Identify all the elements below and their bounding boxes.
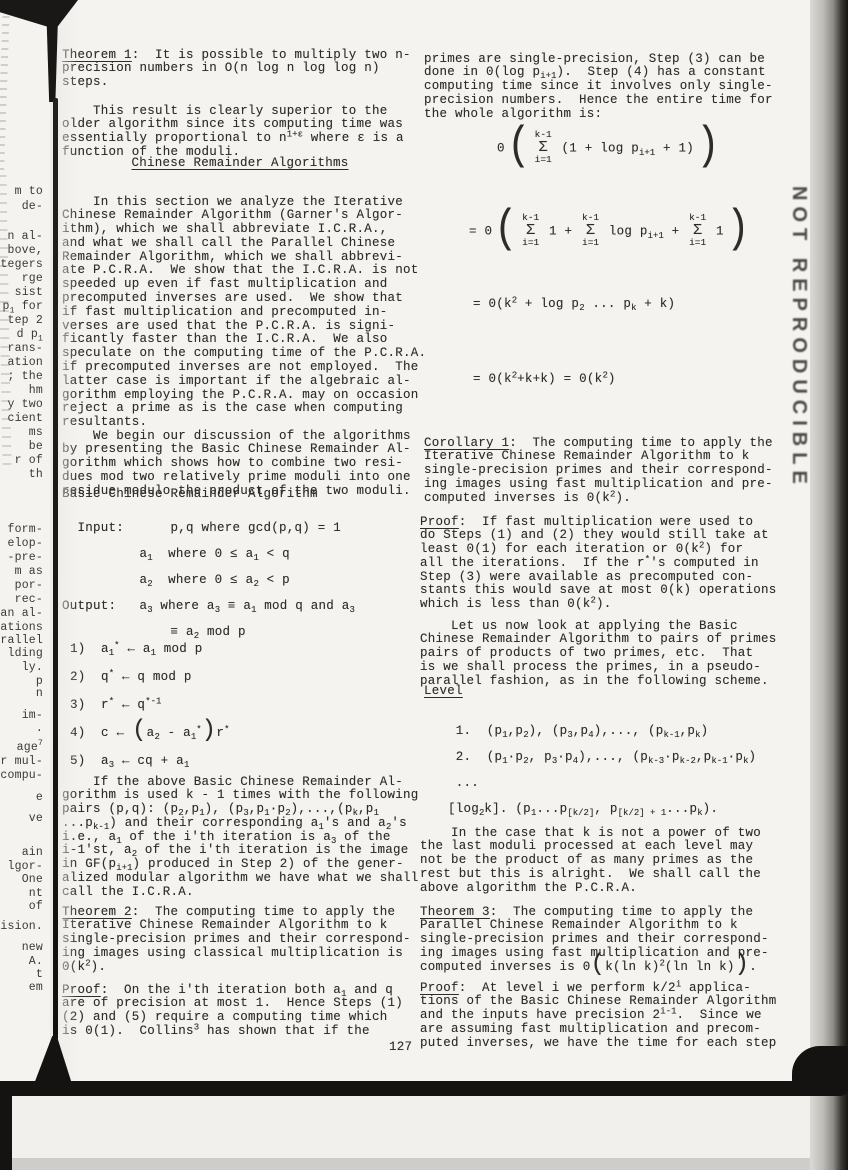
margin-fragment: r mul-	[0, 756, 43, 768]
step3-time-paragraph: primes are single-precision, Step (3) ca…	[424, 53, 773, 122]
margin-fragment: form-	[7, 524, 43, 536]
margin-fragment: rge	[22, 273, 43, 285]
margin-fragment: t	[36, 969, 43, 981]
level-heading: Level	[424, 685, 463, 699]
not-reproducible-stamp: NOT REPRODUCIBLE	[787, 186, 810, 610]
page-bottom-edge-bar	[0, 1081, 848, 1096]
margin-fragment: be	[29, 441, 43, 453]
margin-fragment: an al-	[0, 608, 43, 620]
theorem-3-paragraph: Theorem 3: The computing time to apply t…	[420, 906, 769, 975]
margin-fragment: ation	[7, 357, 43, 369]
margin-fragment: m to	[15, 186, 43, 198]
theorem-2-paragraph: Theorem 2: The computing time to apply t…	[62, 906, 411, 975]
margin-fragment: compu-	[0, 770, 43, 782]
formula-k2-log: = 0(k2 + log p2 ... pk + k)	[473, 298, 675, 312]
level-scheme: 1. (p1,p2), (p3,p4),..., (pk-1,pk) 2. (p…	[448, 718, 756, 822]
margin-fragment: m as	[15, 566, 43, 578]
margin-fragment: em	[29, 982, 43, 994]
scan-bottom-strip	[0, 1158, 848, 1170]
corollary-1-paragraph: Corollary 1: The computing time to apply…	[424, 437, 773, 506]
margin-fragment: new	[22, 942, 43, 954]
margin-fragment: r of	[15, 455, 43, 467]
margin-fragment: ision.	[0, 921, 43, 933]
formula-sum-split: = 0(k-1Σi=1 1 + k-1Σi=1 log pi+1 + k-1Σi…	[469, 214, 752, 249]
theorem-1-paragraph: Theorem 1: It is possible to multiply tw…	[62, 49, 411, 90]
margin-fragment: A.	[29, 956, 43, 968]
margin-fragment: ly.	[22, 662, 43, 674]
page-bottom-right-corner	[792, 1046, 848, 1088]
margin-fragment: ms	[29, 427, 43, 439]
gutter-fragments-container: m tode-n al-bove,tegersrgesistp1 fortep …	[0, 0, 46, 1100]
margin-fragment: de-	[22, 201, 43, 213]
algorithm-io: Input: p,q where gcd(p,q) = 1 a1 where 0…	[62, 515, 355, 645]
section-heading: Chinese Remainder Algorithms	[62, 157, 418, 171]
page-number: 127	[389, 1041, 412, 1055]
margin-fragment: lgor-	[7, 861, 43, 873]
theorem-2-proof: Proof: On the i'th iteration both a1 and…	[62, 984, 403, 1039]
corollary-1-proof: Proof: If fast multiplication were used …	[420, 516, 777, 613]
formula-sum-expanded: 0(k-1Σi=1 (1 + log pi+1 + 1))	[497, 131, 722, 166]
margin-fragment: n al-	[7, 231, 43, 243]
margin-fragment: -pre-	[7, 552, 43, 564]
margin-fragment: elop-	[7, 538, 43, 550]
margin-fragment: d p1	[17, 329, 43, 341]
margin-fragment: p1 for	[2, 301, 43, 313]
margin-fragment: ain	[22, 847, 43, 859]
algorithm-title: Basic Chinese Remainder Algorithm	[62, 488, 318, 502]
margin-fragment: bove,	[7, 245, 43, 257]
icra-definition-paragraph: If the above Basic Chinese Remainder Al-…	[62, 776, 419, 900]
theorem-3-proof: Proof: At level i we perform k/2i applic…	[420, 982, 777, 1051]
margin-fragment: n	[36, 688, 43, 700]
formula-k2-final: = 0(k2+k+k) = 0(k2)	[473, 373, 616, 387]
margin-fragment: hm	[29, 385, 43, 397]
superior-paragraph: This result is clearly superior to the o…	[62, 105, 404, 160]
book-edge-strip	[810, 0, 848, 1170]
section-intro-paragraph: In this section we analyze the Iterative…	[62, 196, 426, 431]
margin-fragment: rec-	[15, 594, 43, 606]
margin-fragment: One	[22, 874, 43, 886]
margin-fragment: nt	[29, 888, 43, 900]
left-edge-bar	[0, 1081, 12, 1170]
margin-fragment: tep 2	[7, 315, 43, 327]
margin-fragment: rations	[0, 622, 43, 634]
margin-fragment: e	[36, 792, 43, 804]
scanned-paper-page: { "page": { "number": "127", "stamp_text…	[0, 0, 848, 1170]
margin-fragment: of	[29, 901, 43, 913]
margin-fragment: age7	[17, 742, 43, 754]
binding-edge-line	[53, 98, 58, 1040]
margin-fragment: por-	[15, 580, 43, 592]
margin-fragment: cient	[7, 413, 43, 425]
margin-fragment: rallel	[0, 635, 43, 647]
margin-fragment: im-	[22, 710, 43, 722]
margin-fragment: th	[29, 469, 43, 481]
margin-fragment: tegers	[0, 259, 43, 271]
margin-fragment: y two	[7, 399, 43, 411]
algorithm-steps: 1) a1* ← a1 mod p 2) q* ← q mod p 3) r* …	[70, 635, 230, 775]
pairs-paragraph: Let us now look at applying the Basic Ch…	[420, 620, 777, 689]
margin-fragment: ve	[29, 813, 43, 825]
margin-fragment: ; the	[7, 371, 43, 383]
power-of-two-paragraph: In the case that k is not a power of two…	[420, 827, 761, 896]
margin-fragment: rans-	[7, 343, 43, 355]
margin-fragment: sist	[15, 287, 43, 299]
margin-fragment: lding	[7, 648, 43, 660]
margin-fragment: .	[36, 723, 43, 735]
